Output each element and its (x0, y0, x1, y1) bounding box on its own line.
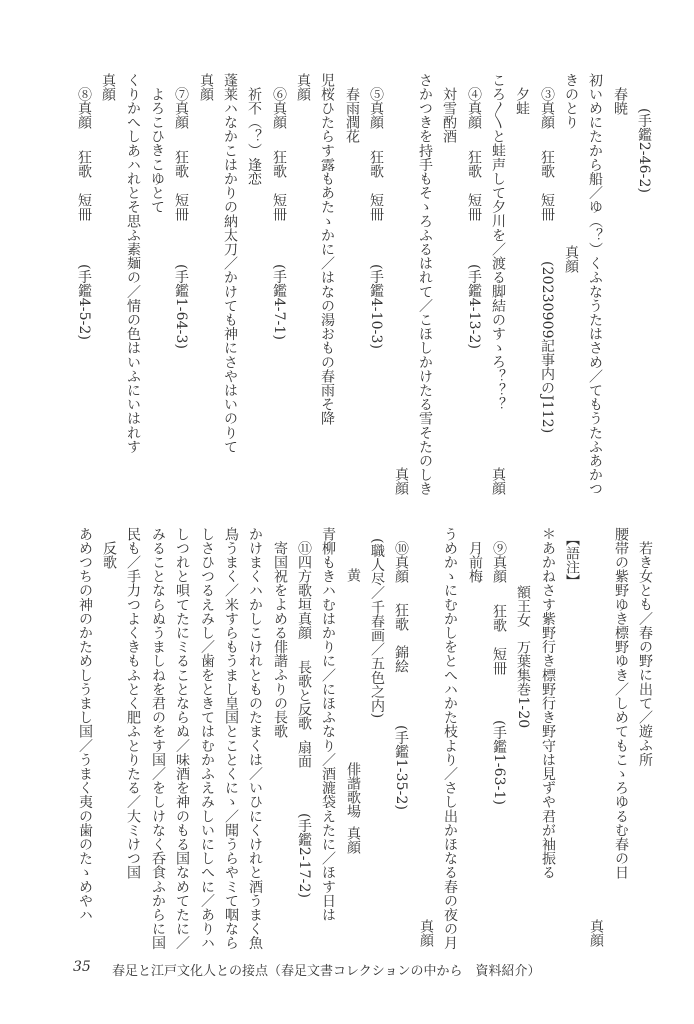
entry-number-author: ⑪四方歌垣真顔 (296, 541, 312, 640)
entry-format: 錦絵 (393, 645, 409, 673)
page-number: 35 (73, 959, 91, 975)
source-ref: (手鑑1-63-1) (491, 720, 507, 805)
poem-title: 若き女とも／春の野に出て／遊ふ所 (637, 541, 653, 767)
source-ref: (手鑑1-35-2) (393, 725, 409, 810)
poem-signature: 真顔 (345, 826, 361, 854)
lower-text-block: 若き女とも／春の野に出て／遊ふ所 腰帯の紫野ゆき標野ゆき／しめてもこゝろゆるむ春… (0, 0, 694, 1024)
poet-group: 俳諧歌場 (345, 762, 361, 818)
source-ref: (手鑑2-17-2) (296, 813, 312, 898)
entry-format: 短冊 (491, 647, 507, 675)
poem-signature: 真顔 (588, 919, 604, 947)
choka-line: しつれと唄てたにミることならぬ／味酒を神のもる国なめてたに／ (174, 527, 190, 950)
entry-genre: 長歌と反歌 (296, 660, 312, 731)
choka-line: しさひつるえみし／歯をときてはむかふえみしいにしへに／ありハ (199, 527, 215, 950)
note-text: ＊あかねさす紫野行き標野行き野守は見ずや君が袖振る (540, 527, 556, 880)
choka-line: 民も／手力つよくきもふとく肥ふとりたる／大ミけつ国 (125, 527, 141, 880)
note-author: 額王女 (515, 585, 531, 627)
running-title: 春足と江戸文化人との接点（春足文書コレクションの中から 資料紹介） (112, 960, 540, 979)
entry-number-author: ⑨真顔 (491, 541, 507, 583)
notes-heading: 【語注】 (564, 532, 580, 588)
poem-line: 青柳もきハむはかりに／にほふなり／酒漉袋えたに／ほす日は (320, 527, 336, 922)
entry-genre: 狂歌 (393, 603, 409, 631)
entry-number-author: ⑩真顔 (393, 541, 409, 583)
print-series: (職人尽／千春画／五色之内) (369, 538, 385, 718)
hanka-label: 反歌 (101, 541, 117, 569)
poem-signature: 真顔 (418, 919, 434, 947)
choka-line: かけまくハかしこけれとものたまくは／いひにくけれと酒うまく魚 (247, 527, 263, 950)
poem-title: 黄 (345, 568, 361, 582)
choka-line: みることならぬうましねを君のをす国／をしけなく呑食ふからに国 (150, 527, 166, 950)
entry-format: 扇面 (296, 740, 312, 768)
note-source: 万葉集巻1-20 (515, 640, 531, 728)
hanka-line: あめつちの神のかためしうまし国／うまく夷の歯のたゝめやハ (77, 527, 93, 922)
entry-genre: 狂歌 (491, 604, 507, 632)
poem-line: うめかゝにむかしをとへハかた枝より／さし出かほなる春の夜の月 (442, 527, 458, 950)
choka-line: 鳥うまく／米すらもうまし皇国とことくにゝ／聞うらやミて咽なら (223, 527, 239, 950)
poem-line: 腰帯の紫野ゆき標野ゆき／しめてもこゝろゆるむ春の日 (613, 527, 629, 880)
poem-title: 寄国祝をよめる俳諧ふりの長歌 (272, 541, 288, 738)
poem-title: 月前梅 (467, 541, 483, 583)
